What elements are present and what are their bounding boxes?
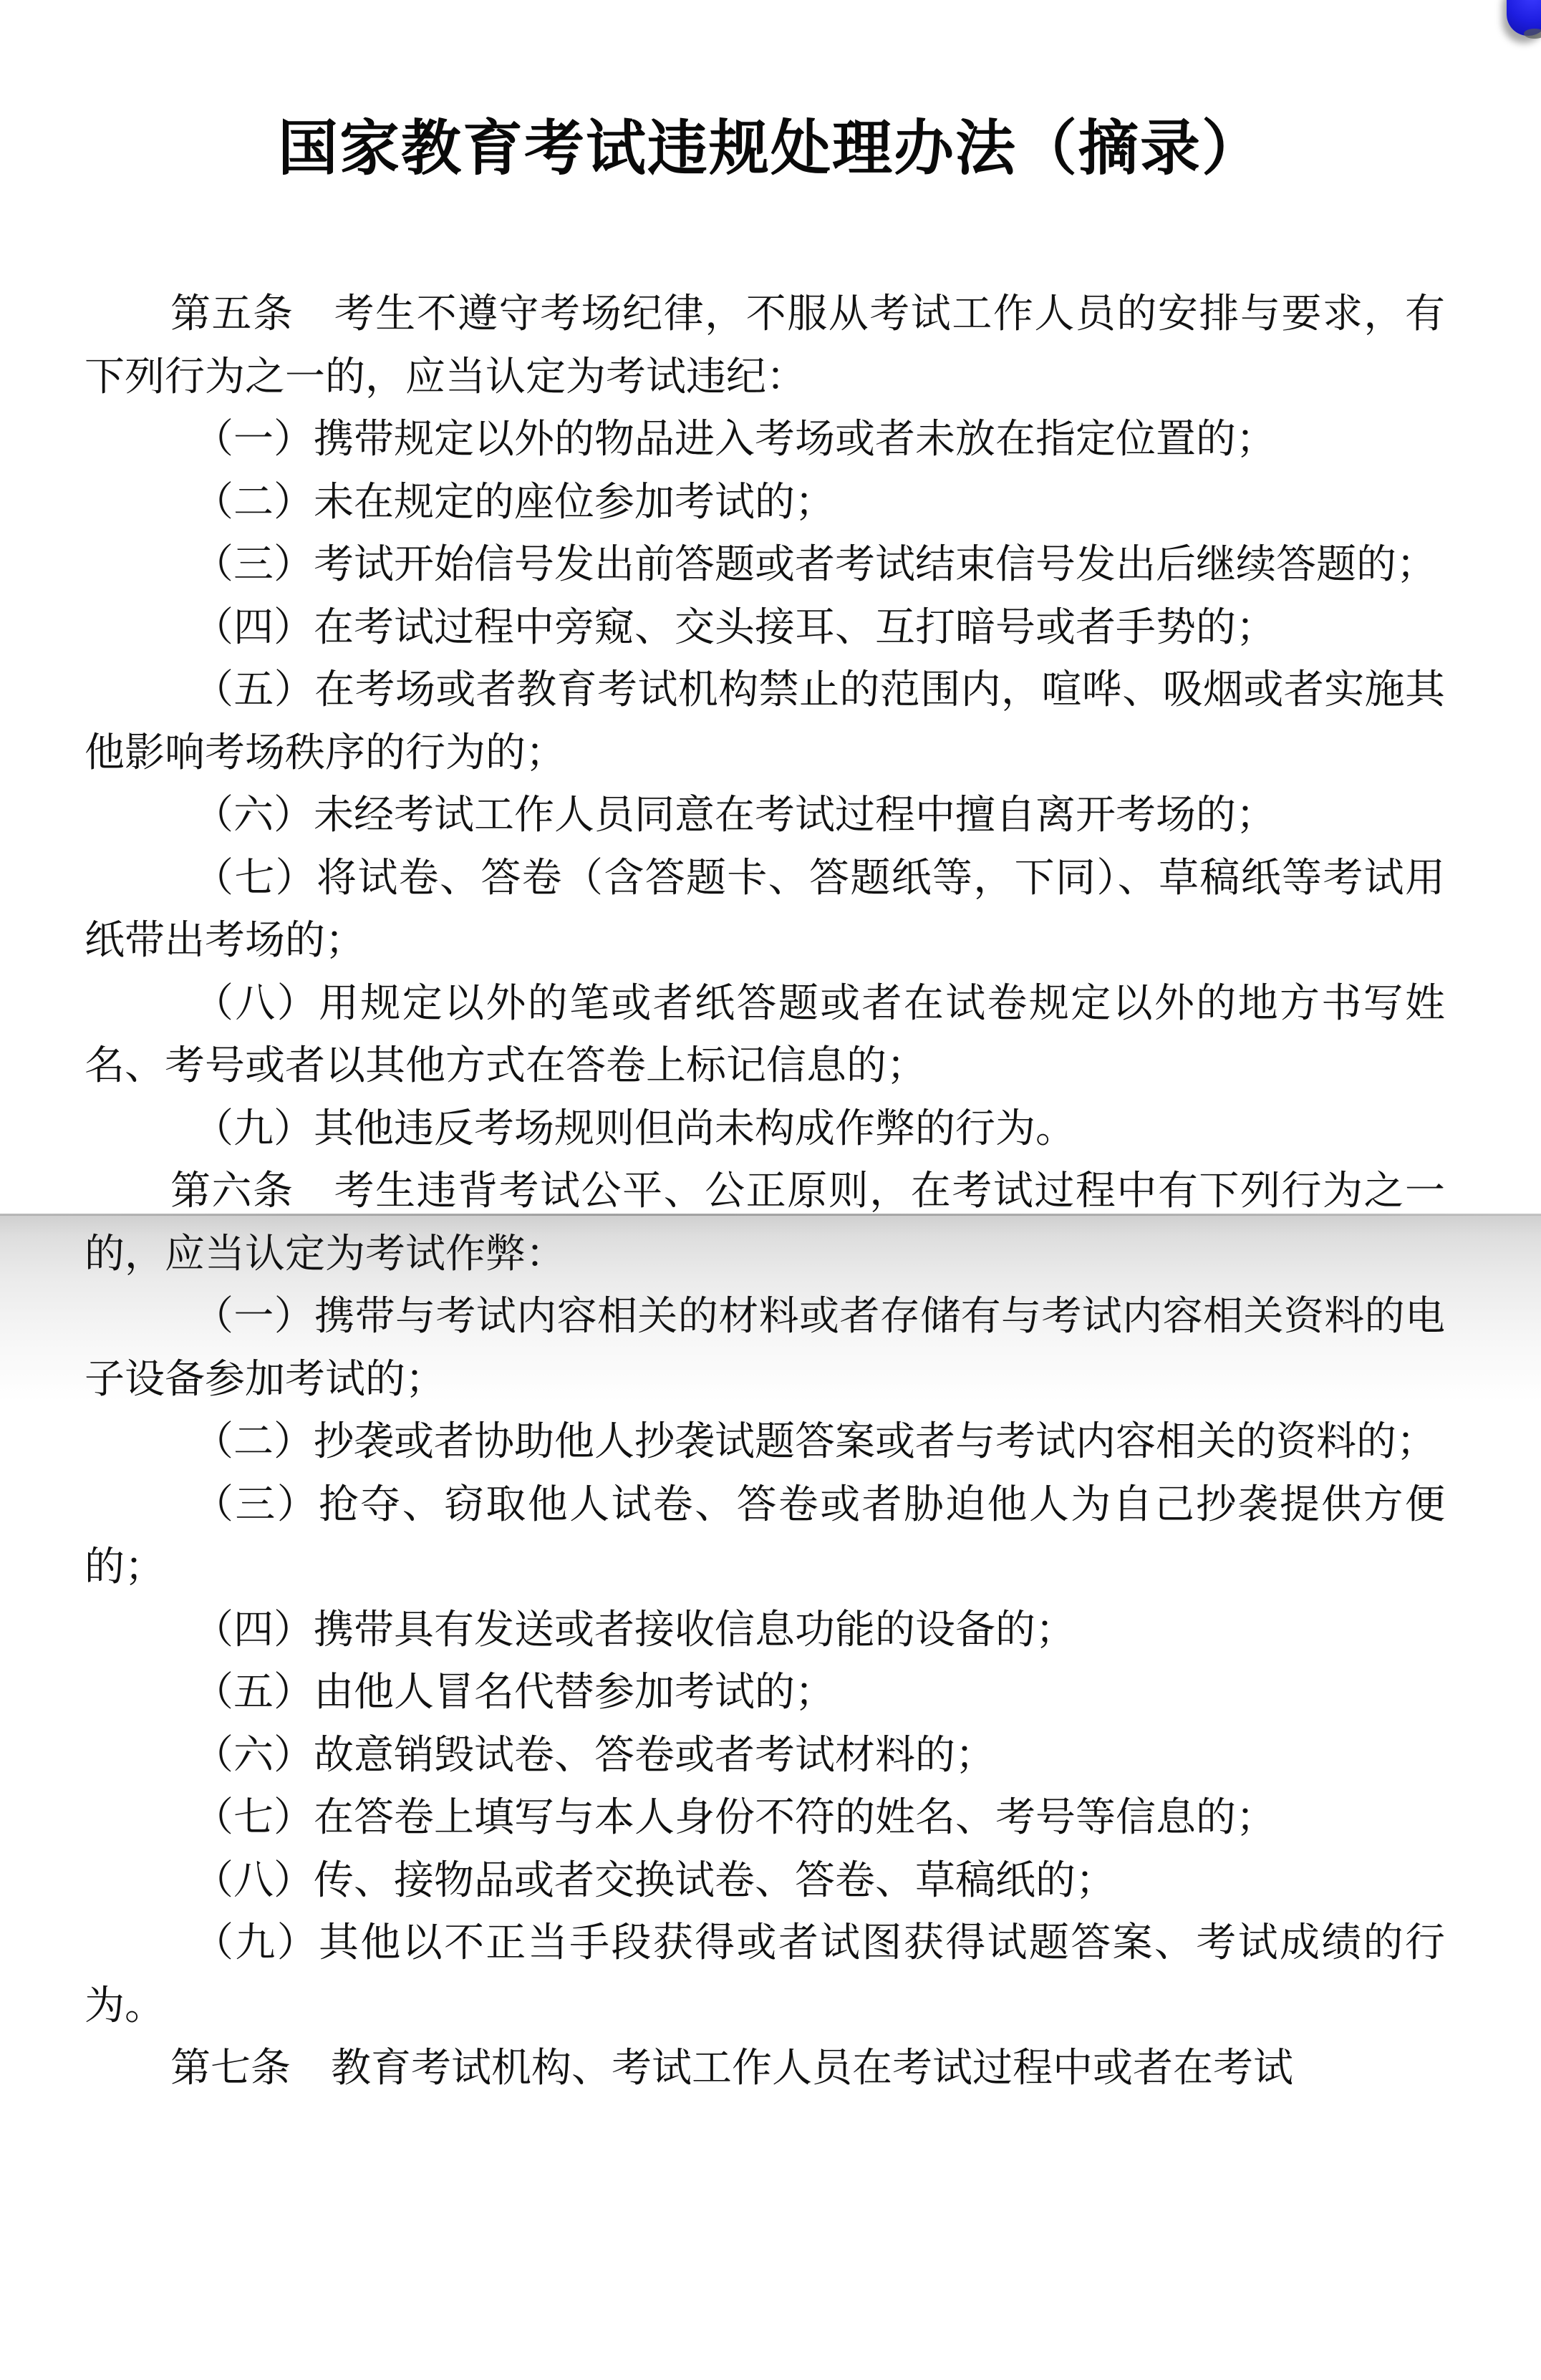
scanned-document-page: 国家教育考试违规处理办法（摘录） 第五条考生不遵守考场纪律，不服从考试工作人员的… xyxy=(0,0,1541,2380)
article-intro-text: 教育考试机构、考试工作人员在考试过程中或者在考试 xyxy=(331,2045,1293,2091)
article-6-item-6: （六）故意销毁试卷、答卷或者考试材料的； xyxy=(84,1724,1445,1787)
article-5-item-8: （八）用规定以外的笔或者纸答题或者在试卷规定以外的地方书写姓名、考号或者以其他方… xyxy=(84,972,1445,1098)
article-7-intro: 第七条教育考试机构、考试工作人员在考试过程中或者在考试 xyxy=(84,2037,1445,2100)
document-title: 国家教育考试违规处理办法（摘录） xyxy=(0,109,1541,188)
article-5-item-7: （七）将试卷、答卷（含答题卡、答题纸等，下同）、草稿纸等考试用纸带出考场的； xyxy=(84,847,1445,972)
article-number: 第六条 xyxy=(170,1168,294,1214)
article-6-item-4: （四）携带具有发送或者接收信息功能的设备的； xyxy=(84,1599,1445,1662)
article-number: 第五条 xyxy=(170,291,294,337)
article-5-intro: 第五条考生不遵守考场纪律，不服从考试工作人员的安排与要求，有下列行为之一的，应当… xyxy=(84,283,1445,408)
document-body: 第五条考生不遵守考场纪律，不服从考试工作人员的安排与要求，有下列行为之一的，应当… xyxy=(84,283,1445,2100)
article-6-item-2: （二）抄袭或者协助他人抄袭试题答案或者与考试内容相关的资料的； xyxy=(84,1411,1445,1474)
article-6-item-3: （三）抢夺、窃取他人试卷、答卷或者胁迫他人为自己抄袭提供方便的； xyxy=(84,1474,1445,1599)
article-5-item-9: （九）其他违反考场规则但尚未构成作弊的行为。 xyxy=(84,1098,1445,1161)
article-5-item-3: （三）考试开始信号发出前答题或者考试结束信号发出后继续答题的； xyxy=(84,533,1445,596)
article-5-item-2: （二）未在规定的座位参加考试的； xyxy=(84,471,1445,534)
article-5-item-6: （六）未经考试工作人员同意在考试过程中擅自离开考场的； xyxy=(84,784,1445,847)
article-5-item-5: （五）在考场或者教育考试机构禁止的范围内，喧哗、吸烟或者实施其他影响考场秩序的行… xyxy=(84,659,1445,784)
article-6-item-7: （七）在答卷上填写与本人身份不符的姓名、考号等信息的； xyxy=(84,1786,1445,1849)
article-6-item-9: （九）其他以不正当手段获得或者试图获得试题答案、考试成绩的行为。 xyxy=(84,1912,1445,2037)
article-6-item-1: （一）携带与考试内容相关的材料或者存储有与考试内容相关资料的电子设备参加考试的； xyxy=(84,1285,1445,1411)
article-6-item-5: （五）由他人冒名代替参加考试的； xyxy=(84,1661,1445,1724)
article-6-intro: 第六条考生违背考试公平、公正原则，在考试过程中有下列行为之一的，应当认定为考试作… xyxy=(84,1160,1445,1285)
pushpin-shadow xyxy=(1524,29,1541,39)
article-number: 第七条 xyxy=(170,2045,291,2091)
article-5-item-4: （四）在考试过程中旁窥、交头接耳、互打暗号或者手势的； xyxy=(84,596,1445,659)
article-6-item-8: （八）传、接物品或者交换试卷、答卷、草稿纸的； xyxy=(84,1849,1445,1912)
article-5-item-1: （一）携带规定以外的物品进入考场或者未放在指定位置的； xyxy=(84,408,1445,471)
